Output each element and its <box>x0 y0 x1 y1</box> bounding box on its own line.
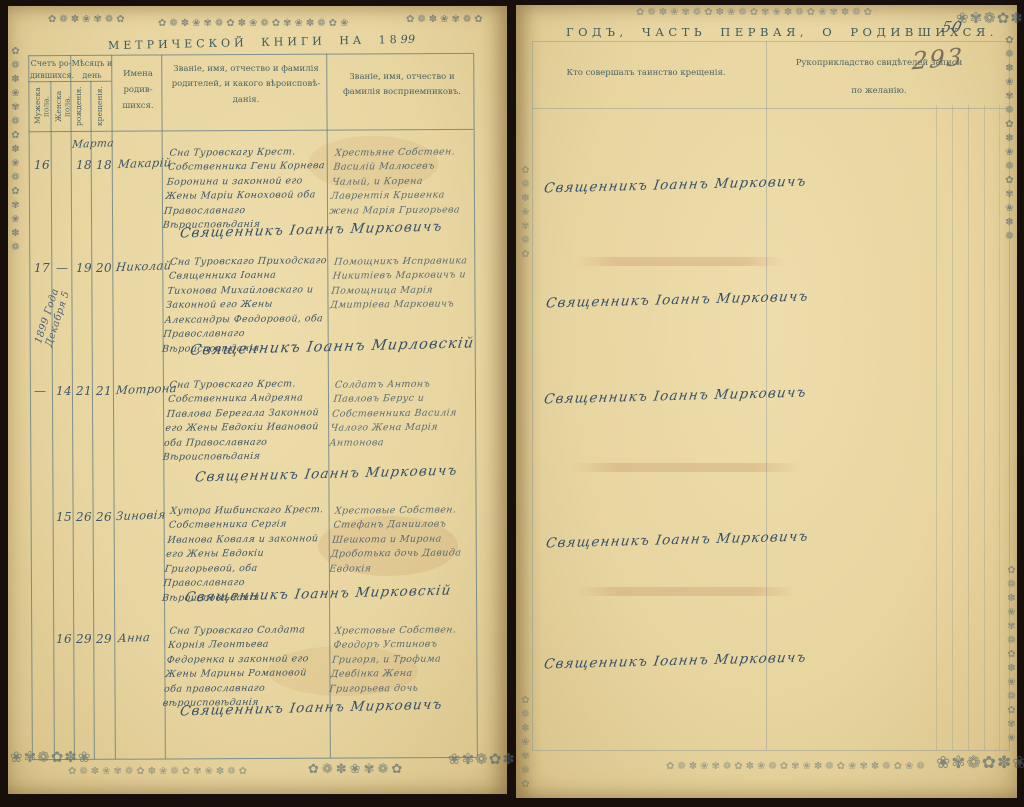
right-page: ГОДЪ, ЧАСТЬ ПЕРВАЯ, О РОДИВШИХСЯ. 50 293… <box>516 5 1017 798</box>
record-row: 15 26 26 Зиновія Хутора Ишбинскаго Крест… <box>30 500 475 620</box>
record-no-female: 14 <box>56 384 72 398</box>
record-no-male: 17 <box>34 261 50 275</box>
record-no-male: 16 <box>34 158 50 172</box>
record-no-female: 16 <box>56 632 72 646</box>
record-day-baptized: 29 <box>96 632 112 646</box>
record-godparents: Хрестовые Собствен. Феодоръ Устиновъ Гри… <box>329 623 476 697</box>
record-day-baptized: 18 <box>96 158 112 172</box>
record-month: Марта <box>71 137 114 151</box>
record-day-born: 18 <box>76 158 92 172</box>
record-godparents: Хрестьяне Собствен. Василій Малюсевъ Чал… <box>329 145 476 219</box>
record-godparents: Солдатъ Антонъ Павловъ Берус и Собственн… <box>329 377 476 451</box>
record-day-baptized: 21 <box>96 384 112 398</box>
record-no-male: — <box>34 384 46 398</box>
record-row: 17 — 19 20 Николай Сна Туровскаго Приход… <box>30 253 475 371</box>
colhead-godparents: Званіе, имя, отчество и фамилія восприем… <box>332 70 472 101</box>
colhead-count-female: Женска пола. <box>55 84 72 128</box>
record-day-born: 29 <box>76 632 92 646</box>
colhead-witnesses-2: по желанію. <box>774 85 984 98</box>
bleedthrough-ghost <box>571 463 801 472</box>
record-godparents: Помощникъ Исправника Никитіевъ Марковичъ… <box>329 254 474 313</box>
colhead-witnesses: Рукоприкладство свидѣтелей записи <box>774 57 984 70</box>
colhead-officiant: Кто совершалъ таинство крещенія. <box>546 67 746 80</box>
metrical-book-scan: МЕТРИЧЕСКОЙ КНИГИ НА 1899 Счетъ ро­дивши… <box>0 0 1024 807</box>
left-page: МЕТРИЧЕСКОЙ КНИГИ НА 1899 Счетъ ро­дивши… <box>8 6 507 794</box>
record-day-born: 21 <box>76 384 92 398</box>
record-parents: Сна Туровскаго Крест. Собственника Андре… <box>162 377 330 465</box>
record-signature: Священникъ Іоаннъ Мирковичъ <box>194 463 459 486</box>
record-row: — 14 21 21 Мотрона Сна Туровскаго Крест.… <box>30 372 475 498</box>
record-row: 16 Марта 18 18 Макарій Сна Туровскагу Кр… <box>30 140 475 252</box>
bleedthrough-ghost <box>576 257 786 266</box>
colhead-count-group: Счетъ ро­дившихся. <box>30 58 72 82</box>
colhead-date-baptized: креще­нія. <box>96 84 105 128</box>
record-parents: Сна Туровскаго Солдата Корнія Леонтьева … <box>162 623 330 711</box>
colhead-date-group: Мѣсяцъ и день <box>70 58 114 82</box>
record-parents: Сна Туровскагу Крест. Собственника Гени … <box>162 145 330 233</box>
record-day-baptized: 20 <box>96 261 112 275</box>
colhead-count-male: Мужеска пола. <box>34 84 51 128</box>
record-day-born: 26 <box>76 510 92 524</box>
colhead-parents: Званіе, имя, отчество и фамилія родителе… <box>168 62 324 108</box>
record-day-born: 19 <box>76 261 92 275</box>
bleedthrough-ghost <box>576 587 796 596</box>
record-row: 16 29 29 Анна Сна Туровскаго Солдата Кор… <box>30 622 475 734</box>
colhead-date-born: рожде­нія. <box>75 84 84 128</box>
record-no-female: 15 <box>56 510 72 524</box>
record-no-female: — <box>56 261 68 275</box>
record-day-baptized: 26 <box>96 510 112 524</box>
record-godparents: Хрестовые Собствен. Стефанъ Данииловъ Ше… <box>329 503 476 577</box>
colhead-names: Имена родив­шихся. <box>113 66 163 114</box>
